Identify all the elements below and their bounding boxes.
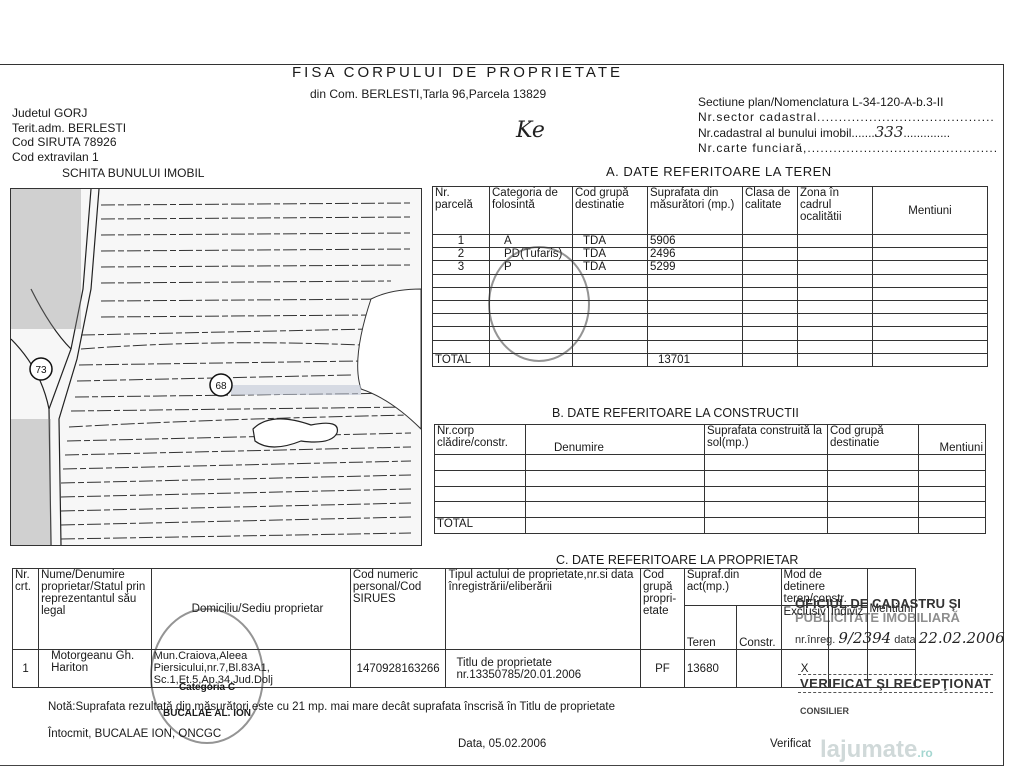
owner-act: Titlu de proprietate nr.13350785/20.01.2… (446, 650, 641, 688)
header-mentiuni: Mentiuni (873, 187, 988, 235)
verificat-receptionat-stamp: VERIFICAT ŞI RECEPŢIONAT (798, 674, 993, 693)
header-suprafata-construita: Suprafata construită la sol(mp.) (705, 425, 828, 455)
owner-teren: 13680 (684, 650, 736, 688)
right-info: Sectiune plan/Nomenclatura L-34-120-A-b.… (698, 95, 998, 156)
verificat-text: Verificat (770, 738, 811, 750)
header-cod-grupa-b: Cod grupă destinatie (828, 425, 919, 455)
map-label-68: 68 (215, 381, 227, 392)
ocpi-data: 22.02.2006 (919, 629, 1005, 647)
header-act: Tipul actului de proprietate,nr.si data … (446, 569, 641, 650)
schita-label: SCHITA BUNULUI IMOBIL (62, 166, 204, 180)
header-categoria: Categoria de folosintă (490, 187, 573, 235)
table-row-empty (435, 455, 986, 471)
header-denumire: Denumire (526, 425, 705, 455)
header-teren: Teren (684, 606, 736, 650)
left-info: Judetul GORJ Terit.adm. BERLESTI Cod SIR… (12, 106, 126, 164)
teritoriu: Terit.adm. BERLESTI (12, 121, 126, 136)
table-row-empty (435, 470, 986, 486)
header-cod-grupa-c: Cod grupă propri-etate (640, 569, 684, 650)
total-label-b: TOTAL (435, 518, 526, 534)
section-b-title: B. DATE REFERITOARE LA CONSTRUCTII (552, 406, 799, 420)
nr-cadastral: Nr.cadastral al bunului imobil.......333… (698, 125, 998, 141)
date-text: Data, 05.02.2006 (458, 738, 546, 750)
document-subtitle: din Com. BERLESTI,Tarla 96,Parcela 13829 (310, 87, 546, 101)
consilier-label: CONSILIER (800, 706, 849, 716)
watermark-logo: lajumate.ro (820, 736, 933, 764)
section-c-table: Nr. crt. Nume/Denumire proprietar/Statul… (12, 568, 916, 688)
document-title: FISA CORPULUI DE PROPRIETATE (292, 64, 623, 81)
ocpi-stamp: OFICIUL DE CADASTRU ŞI PUBLICITATE IMOBI… (795, 597, 1010, 647)
header-constr: Constr. (737, 606, 781, 650)
cod-siruta: Cod SIRUTA 78926 (12, 135, 126, 150)
table-row-empty (435, 486, 986, 502)
sector-cadastral: Nr.sector cadastral.....................… (698, 110, 998, 125)
handwritten-signature-mark: Ke (516, 118, 545, 143)
note-text: Notă:Suprafata rezultată din măsurători … (48, 701, 615, 713)
total-value: 13701 (648, 353, 743, 366)
header-suprafata: Suprafata din măsurători (mp.) (648, 187, 743, 235)
map-label-73: 73 (35, 365, 47, 376)
round-official-stamp-a (488, 246, 590, 362)
total-row: TOTAL (435, 518, 986, 534)
stamp-categoria: Categoria C (152, 682, 262, 693)
section-b-table: Nr.corp clădire/constr. Denumire Suprafa… (434, 424, 986, 534)
round-authorization-stamp: Categoria C BUCALAE AL. ION (150, 608, 264, 744)
map-drawing: 73 68 (11, 189, 421, 545)
owner-constr (737, 650, 781, 688)
carte-funciara: Nr.carte funciară,......................… (698, 141, 998, 156)
header-cod-grupa: Cod grupă destinatie (573, 187, 648, 235)
total-label: TOTAL (433, 353, 490, 366)
judet: Judetul GORJ (12, 106, 126, 121)
table-row: 1 A TDA 5906 (433, 235, 988, 248)
table-row-empty (435, 502, 986, 518)
header-zona: Zona în cadrul ocalitătii (798, 187, 873, 235)
header-nr-parcela: Nr. parcelă (433, 187, 490, 235)
header-cnp: Cod numeric personal/Cod SIRUES (350, 569, 446, 650)
header-nr-corp: Nr.corp clădire/constr. (435, 425, 526, 455)
sectiune-plan: Sectiune plan/Nomenclatura L-34-120-A-b.… (698, 95, 998, 110)
header-clasa: Clasa de calitate (743, 187, 798, 235)
intocmit-text: Întocmit, BUCALAE ION, ONCGC (48, 728, 221, 740)
header-nume: Nume/Denumire proprietar/Statul prin rep… (39, 569, 152, 650)
nr-cadastral-value: 333 (875, 123, 904, 141)
header-supraf: Supraf.din act(mp.) (684, 569, 781, 606)
section-a-title: A. DATE REFERITOARE LA TEREN (606, 164, 832, 179)
owner-row: 1 Motorgeanu Gh. Hariton Mun.Craiova,Ale… (13, 650, 916, 688)
section-c-title: C. DATE REFERITOARE LA PROPRIETAR (556, 553, 798, 567)
cadastral-map-sketch: 73 68 (10, 188, 422, 546)
header-nr-crt: Nr. crt. (13, 569, 39, 650)
ocpi-nr: 9/2394 (838, 629, 891, 647)
header-mentiuni-b: Mentiuni (919, 425, 986, 455)
owner-name: Motorgeanu Gh. Hariton (39, 650, 152, 688)
owner-cod-grupa: PF (640, 650, 684, 688)
cod-extravilan: Cod extravilan 1 (12, 150, 126, 165)
owner-cnp: 1470928163266 (350, 650, 446, 688)
